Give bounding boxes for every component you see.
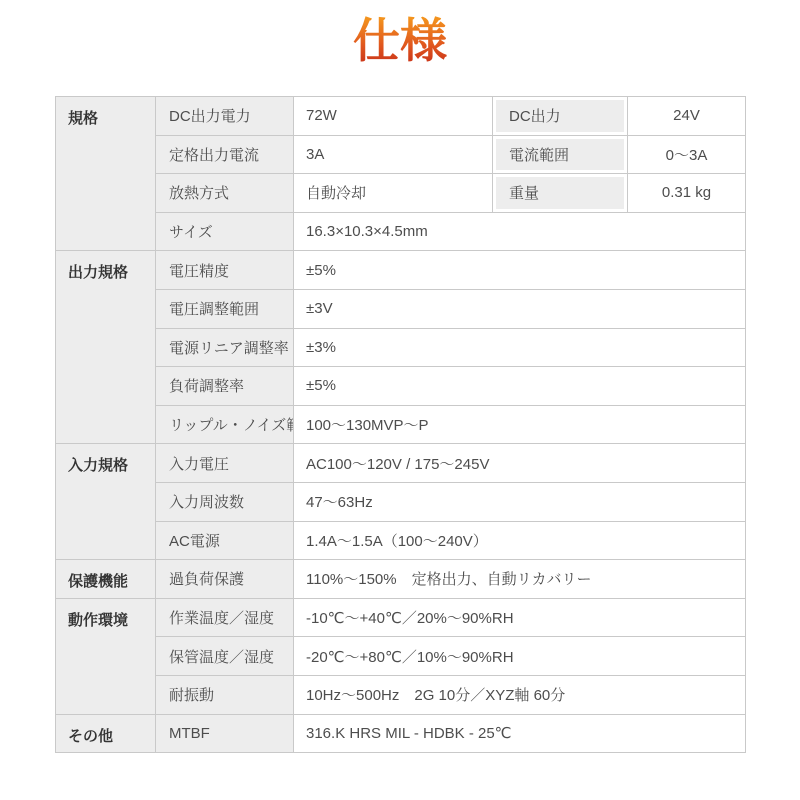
- value-cell: ±5%: [294, 367, 746, 406]
- value-cell: ±3V: [294, 290, 746, 329]
- value-cell: 1.4A〜1.5A（100〜240V）: [294, 522, 746, 561]
- value-cell: 0〜3A: [628, 136, 746, 175]
- page-title: 仕様: [0, 13, 800, 72]
- label-cell: DC出力: [493, 97, 628, 136]
- value-cell: -20℃〜+80℃／10%〜90%RH: [294, 637, 746, 676]
- label-cell: 定格出力電流: [156, 136, 294, 175]
- label-cell: MTBF: [156, 715, 294, 754]
- label-cell: 電圧調整範囲: [156, 290, 294, 329]
- value-cell: 72W: [294, 97, 493, 136]
- value-cell: 100〜130MVP〜P: [294, 406, 746, 445]
- value-cell: 0.31 kg: [628, 174, 746, 213]
- label-cell: 負荷調整率: [156, 367, 294, 406]
- label-cell: サイズ: [156, 213, 294, 252]
- label-cell: 過負荷保護: [156, 560, 294, 599]
- value-cell: 自動冷却: [294, 174, 493, 213]
- value-cell: 110%〜150% 定格出力、自動リカバリー: [294, 560, 746, 599]
- label-cell: AC電源: [156, 522, 294, 561]
- label-cell: 耐振動: [156, 676, 294, 715]
- value-cell: 47〜63Hz: [294, 483, 746, 522]
- spec-table: 規格 DC出力電力 72W DC出力 24V 定格出力電流 3A 電流範囲 0〜…: [55, 96, 746, 753]
- label-cell: 電圧精度: [156, 251, 294, 290]
- label-cell: 入力周波数: [156, 483, 294, 522]
- value-cell: 24V: [628, 97, 746, 136]
- label-cell: 保管温度／湿度: [156, 637, 294, 676]
- category-cell: 保護機能: [56, 560, 156, 599]
- category-cell: その他: [56, 715, 156, 754]
- label-cell: 電流範囲: [493, 136, 628, 175]
- label-cell: 電源リニア調整率: [156, 329, 294, 368]
- category-cell: 入力規格: [56, 444, 156, 560]
- label-cell: 放熱方式: [156, 174, 294, 213]
- label-cell: リップル・ノイズ範囲: [156, 406, 294, 445]
- value-cell: 3A: [294, 136, 493, 175]
- category-cell: 出力規格: [56, 251, 156, 444]
- category-cell: 動作環境: [56, 599, 156, 715]
- value-cell: 16.3×10.3×4.5mm: [294, 213, 746, 252]
- label-cell: 作業温度／湿度: [156, 599, 294, 638]
- value-cell: -10℃〜+40℃／20%〜90%RH: [294, 599, 746, 638]
- category-cell: 規格: [56, 97, 156, 251]
- value-cell: ±5%: [294, 251, 746, 290]
- value-cell: AC100〜120V / 175〜245V: [294, 444, 746, 483]
- value-cell: ±3%: [294, 329, 746, 368]
- label-cell: 重量: [493, 174, 628, 213]
- label-cell: DC出力電力: [156, 97, 294, 136]
- value-cell: 316.K HRS MIL - HDBK - 25℃: [294, 715, 746, 754]
- label-cell: 入力電圧: [156, 444, 294, 483]
- value-cell: 10Hz〜500Hz 2G 10分／XYZ軸 60分: [294, 676, 746, 715]
